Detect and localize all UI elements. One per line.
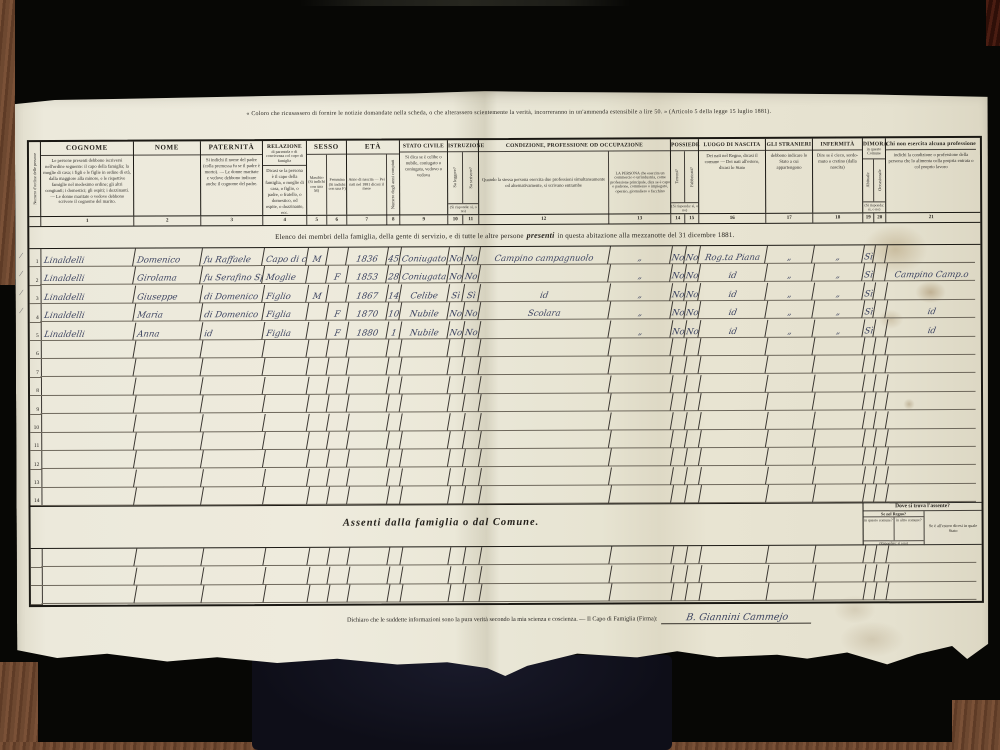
cell-relazione <box>263 567 310 586</box>
cell-paternita <box>200 395 265 414</box>
cell-relazione <box>263 432 310 451</box>
cell-infermita <box>813 583 866 602</box>
absent-section: Assenti dalla famiglia o dal Comune. Dov… <box>31 502 982 549</box>
cell-cognome <box>41 451 137 470</box>
margin-tick: ∕ <box>21 306 22 315</box>
col-nome: NOME <box>134 141 201 215</box>
cell-condizione: Scolara <box>478 302 611 321</box>
cell-cognome <box>41 433 137 452</box>
cell-stranieri: „ <box>765 282 815 301</box>
cell-chi-non-esercita <box>885 337 978 356</box>
cell-nome <box>133 359 203 378</box>
cell-luogo-nascita <box>699 430 769 449</box>
cell-chi-non-esercita <box>886 545 979 564</box>
cell-anno-nascita <box>346 358 389 377</box>
cell-la-persona <box>609 449 674 468</box>
cell-stato-civile <box>400 548 451 567</box>
cell-stato-civile <box>399 339 450 358</box>
cell-la-persona: „ <box>608 301 673 320</box>
cell-infermita <box>812 393 865 412</box>
cell-stato-civile <box>399 358 450 377</box>
cell-nome <box>133 395 203 414</box>
cell-anno-nascita: 1880 <box>346 321 389 340</box>
cell-stato-civile: Celibe <box>399 284 450 303</box>
margin-tick: ∕ <box>21 288 22 297</box>
col-num: Numero d'ordine delle persone <box>29 142 41 216</box>
cell-luogo-nascita <box>699 448 769 467</box>
absent-rows <box>31 545 982 604</box>
margin-tick: ∕ <box>20 269 21 278</box>
cell-infermita: „ <box>812 245 865 264</box>
cell-luogo-nascita <box>698 356 768 375</box>
absent-section-title: Assenti dalla famiglia o dal Comune. <box>31 516 852 531</box>
cell-nome: Girolama <box>133 267 203 286</box>
cell-condizione <box>478 338 611 357</box>
cell-chi-non-esercita: id <box>885 300 978 319</box>
cell-luogo-nascita <box>699 411 769 430</box>
cell-paternita: fu Serafino Spinosi <box>200 266 265 285</box>
cell-luogo-nascita: Rog.ta Piana <box>698 246 768 265</box>
cell-cognome: Linaldelli <box>40 285 136 304</box>
cell-relazione <box>262 377 309 396</box>
cell-cognome <box>40 396 136 415</box>
col-istruzione: ISTRUZIONE Sa leggere? Sa scrivere? (Si … <box>448 140 479 214</box>
absent-location-box: Dove si trova l'assente? Se nel Regno? i… <box>863 502 982 546</box>
cell-relazione <box>263 585 310 604</box>
cell-paternita <box>200 377 265 396</box>
cell-anno-nascita <box>347 585 390 604</box>
cell-la-persona <box>609 430 674 449</box>
cell-cognome: Linaldelli <box>40 322 136 341</box>
cell-luogo-nascita: id <box>698 283 768 302</box>
cell-la-persona <box>608 338 673 357</box>
cell-cognome <box>41 586 137 605</box>
col-cognome: COGNOME Le persone presenti debbono iscr… <box>41 142 134 216</box>
cell-chi-non-esercita: id <box>885 318 978 337</box>
cell-chi-non-esercita <box>886 410 979 429</box>
cell-anno-nascita <box>347 413 390 432</box>
cell-condizione <box>479 547 612 566</box>
cell-infermita <box>813 546 866 565</box>
cell-chi-non-esercita <box>886 447 979 466</box>
cell-stranieri: „ <box>765 319 815 338</box>
cell-chi-non-esercita <box>886 429 979 448</box>
cell-condizione <box>478 320 611 339</box>
cell-cognome <box>41 549 137 568</box>
cell-chi-non-esercita: Campino Camp.o <box>885 263 978 282</box>
cell-stato-civile: Nubile <box>399 302 450 321</box>
cell-nome <box>134 414 204 433</box>
wood-table-corner-top-right <box>986 0 1000 46</box>
cell-nome <box>134 469 204 488</box>
cell-cognome <box>41 567 137 586</box>
cell-infermita: „ <box>812 319 865 338</box>
cell-relazione <box>263 413 310 432</box>
cell-relazione: Moglie <box>262 266 309 285</box>
cell-infermita: „ <box>812 282 865 301</box>
cell-infermita <box>813 564 866 583</box>
col-sesso: SESSO Maschio(Si indichi con una M) Femm… <box>307 141 347 215</box>
legal-notice: « Coloro che ricusassero di fornire le n… <box>119 108 899 117</box>
cell-luogo-nascita: id <box>698 301 768 320</box>
cell-stranieri <box>765 356 815 375</box>
wood-table-corner-bottom-left <box>0 662 38 750</box>
cell-stranieri <box>766 546 816 565</box>
table-row <box>31 582 982 605</box>
cell-cognome: Linaldelli <box>40 249 136 268</box>
cell-infermita: „ <box>812 264 865 283</box>
cell-stato-civile <box>400 450 451 469</box>
col-chi-non-esercita: Chi non esercita alcuna professione indi… <box>886 138 976 212</box>
cell-nome: Maria <box>133 303 203 322</box>
cell-paternita <box>201 549 266 568</box>
present-rows: ∕ 1 Linaldelli Domenico fu Raffaele Capo… <box>29 245 981 507</box>
cell-la-persona <box>609 547 674 566</box>
cell-stato-civile <box>400 584 451 603</box>
cell-condizione <box>479 412 612 431</box>
cell-la-persona <box>608 375 673 394</box>
cell-cognome <box>40 341 136 360</box>
col-luogo-nascita: LUOGO DI NASCITA Dei nati nel Regno, dic… <box>699 139 766 213</box>
cell-luogo-nascita <box>699 546 769 565</box>
cell-nome <box>134 487 204 506</box>
cell-relazione <box>263 469 310 488</box>
cell-condizione <box>478 265 611 284</box>
cell-condizione: Campino campagnuolo <box>478 247 611 266</box>
cell-relazione: Figlio <box>262 285 309 304</box>
cell-nome <box>134 432 204 451</box>
cell-anno-nascita: 1853 <box>346 266 389 285</box>
cell-condizione <box>479 565 612 584</box>
cell-chi-non-esercita <box>885 392 978 411</box>
cell-paternita: fu Raffaele <box>200 248 265 267</box>
cell-paternita <box>200 358 265 377</box>
cell-cognome <box>41 488 137 507</box>
col-dimora: DIMORA in questo Comune Abituale Occasio… <box>863 138 886 212</box>
cell-luogo-nascita <box>698 375 768 394</box>
cell-paternita <box>201 487 266 506</box>
cell-la-persona: „ <box>608 320 673 339</box>
cell-luogo-nascita <box>698 393 768 412</box>
cell-nome <box>134 586 204 605</box>
cell-la-persona: „ <box>608 246 673 265</box>
cell-condizione <box>479 449 612 468</box>
cell-anno-nascita: 1870 <box>346 303 389 322</box>
cell-anno-nascita <box>347 431 390 450</box>
cell-infermita: „ <box>812 301 865 320</box>
cell-chi-non-esercita <box>885 355 978 374</box>
cell-paternita <box>201 469 266 488</box>
cell-relazione <box>262 340 309 359</box>
cell-nome <box>133 377 203 396</box>
cell-infermita <box>813 429 866 448</box>
cell-la-persona <box>609 584 674 603</box>
cell-cognome <box>41 414 137 433</box>
col-eta: ETÀ Anno di nascita — Pei nati nel 1881 … <box>347 140 400 214</box>
cell-stranieri <box>765 374 815 393</box>
cell-luogo-nascita <box>699 467 769 486</box>
cell-anno-nascita <box>347 468 390 487</box>
margin-tick: ∕ <box>20 251 21 260</box>
cell-stranieri <box>766 448 816 467</box>
cell-chi-non-esercita <box>885 374 978 393</box>
page-edge-glint <box>300 0 630 6</box>
cell-relazione <box>263 548 310 567</box>
cell-nome <box>134 567 204 586</box>
cell-stato-civile: Nubile <box>399 321 450 340</box>
cell-relazione <box>263 450 310 469</box>
cell-infermita <box>812 356 865 375</box>
cell-paternita: di Domenico <box>200 285 265 304</box>
cell-condizione <box>479 467 612 486</box>
census-table: Numero d'ordine delle persone COGNOME Le… <box>27 136 984 607</box>
cell-stranieri <box>766 583 816 602</box>
cell-stato-civile <box>400 431 451 450</box>
cell-la-persona <box>609 565 674 584</box>
cell-anno-nascita <box>347 487 390 506</box>
cell-stato-civile <box>400 486 451 505</box>
cell-chi-non-esercita <box>886 582 979 601</box>
cell-la-persona <box>608 357 673 376</box>
wood-table-corner-bottom-right <box>952 700 1000 750</box>
cell-relazione: Figlia <box>262 303 309 322</box>
cell-paternita <box>201 432 266 451</box>
cell-stato-civile: Coniugata <box>399 266 450 285</box>
cell-stato-civile <box>400 413 451 432</box>
col-stranieri: GLI STRANIERI debbono indicare lo Stato … <box>766 139 813 213</box>
cell-relazione: Capo di casa <box>262 248 309 267</box>
cell-relazione <box>262 358 309 377</box>
cell-chi-non-esercita <box>886 484 979 503</box>
col-relazione: RELAZIONE di parentela o di convivenza c… <box>263 141 307 215</box>
cell-nome: Domenico <box>133 248 203 267</box>
cell-anno-nascita: 1867 <box>346 284 389 303</box>
cell-stato-civile <box>399 394 450 413</box>
cell-paternita <box>201 585 266 604</box>
cell-infermita <box>813 411 866 430</box>
cell-stranieri <box>765 338 815 357</box>
col-condizione: CONDIZIONE, PROFESSIONE OD OCCUPAZIONE Q… <box>479 139 671 214</box>
cell-chi-non-esercita <box>886 564 979 583</box>
cell-luogo-nascita: id <box>698 319 768 338</box>
cell-stranieri <box>766 564 816 583</box>
cell-stranieri: „ <box>765 301 815 320</box>
cell-infermita <box>813 466 866 485</box>
cell-luogo-nascita <box>699 565 769 584</box>
cell-condizione <box>478 394 611 413</box>
cell-stato-civile <box>400 566 451 585</box>
cell-luogo-nascita <box>699 583 769 602</box>
declaration-line: Dichiaro che le suddette informazioni so… <box>347 610 995 623</box>
cell-infermita <box>812 374 865 393</box>
cell-stato-civile <box>400 468 451 487</box>
table-header: Numero d'ordine delle persone COGNOME Le… <box>29 138 980 216</box>
cell-chi-non-esercita <box>885 282 978 301</box>
cell-paternita <box>201 450 266 469</box>
cell-paternita <box>201 567 266 586</box>
cell-paternita <box>200 340 265 359</box>
cell-luogo-nascita <box>698 338 768 357</box>
cell-nome: Giuseppe <box>133 285 203 304</box>
cell-la-persona <box>609 485 674 504</box>
cell-luogo-nascita: id <box>698 264 768 283</box>
cell-luogo-nascita <box>699 485 769 504</box>
cell-stato-civile: Coniugato <box>399 247 450 266</box>
cell-relazione: Figlia <box>262 321 309 340</box>
cell-condizione <box>479 486 612 505</box>
cell-anno-nascita <box>346 395 389 414</box>
cell-stranieri: „ <box>765 264 815 283</box>
head-of-family-signature: B. Giannini Cammejo <box>662 613 814 624</box>
cell-infermita <box>812 337 865 356</box>
col-infermita: INFERMITÀ Dire se è cieco, sordo-muto o … <box>813 138 863 212</box>
cell-la-persona <box>609 467 674 486</box>
book-spine <box>252 655 672 750</box>
cell-paternita <box>201 414 266 433</box>
cell-anno-nascita <box>346 339 389 358</box>
cell-condizione <box>478 357 611 376</box>
cell-la-persona <box>608 393 673 412</box>
cell-anno-nascita: 1836 <box>346 247 389 266</box>
cell-anno-nascita <box>347 566 390 585</box>
cell-stranieri <box>766 411 816 430</box>
cell-nome: Anna <box>133 322 203 341</box>
cell-infermita <box>813 484 866 503</box>
cell-condizione: id <box>478 283 611 302</box>
cell-chi-non-esercita <box>885 245 978 264</box>
cell-anno-nascita <box>347 548 390 567</box>
cell-nome <box>133 340 203 359</box>
cell-cognome: Linaldelli <box>40 267 136 286</box>
cell-paternita: id <box>200 322 265 341</box>
cell-la-persona: „ <box>608 283 673 302</box>
cell-stranieri <box>766 485 816 504</box>
cell-la-persona <box>609 412 674 431</box>
cell-stranieri <box>766 430 816 449</box>
cell-stato-civile <box>399 376 450 395</box>
cell-la-persona: „ <box>608 265 673 284</box>
cell-cognome: Linaldelli <box>40 304 136 323</box>
wood-table-edge-left <box>0 0 15 285</box>
col-paternita: PATERNITÀ Si indichi il nome del padre (… <box>201 141 263 215</box>
cell-condizione <box>479 584 612 603</box>
cell-condizione <box>479 430 612 449</box>
col-stato-civile: STATO CIVILE Si dica se è celibe o nubil… <box>400 140 448 214</box>
cell-anno-nascita <box>346 376 389 395</box>
census-sheet: « Coloro che ricusassero di fornire le n… <box>15 84 991 694</box>
cell-nome <box>134 549 204 568</box>
cell-stranieri <box>766 466 816 485</box>
cell-relazione <box>263 487 310 506</box>
cell-cognome <box>40 359 136 378</box>
cell-chi-non-esercita <box>886 466 979 485</box>
cell-anno-nascita <box>347 450 390 469</box>
cell-relazione <box>262 395 309 414</box>
cell-stranieri <box>765 393 815 412</box>
cell-stranieri: „ <box>765 246 815 265</box>
cell-nome <box>134 451 204 470</box>
col-possiede: POSSIEDE Terreni? Fabbricati? (Si rispon… <box>671 139 699 213</box>
cell-paternita: di Domenico <box>200 303 265 322</box>
cell-infermita <box>813 448 866 467</box>
cell-cognome <box>40 377 136 396</box>
cell-cognome <box>41 469 137 488</box>
cell-condizione <box>478 375 611 394</box>
